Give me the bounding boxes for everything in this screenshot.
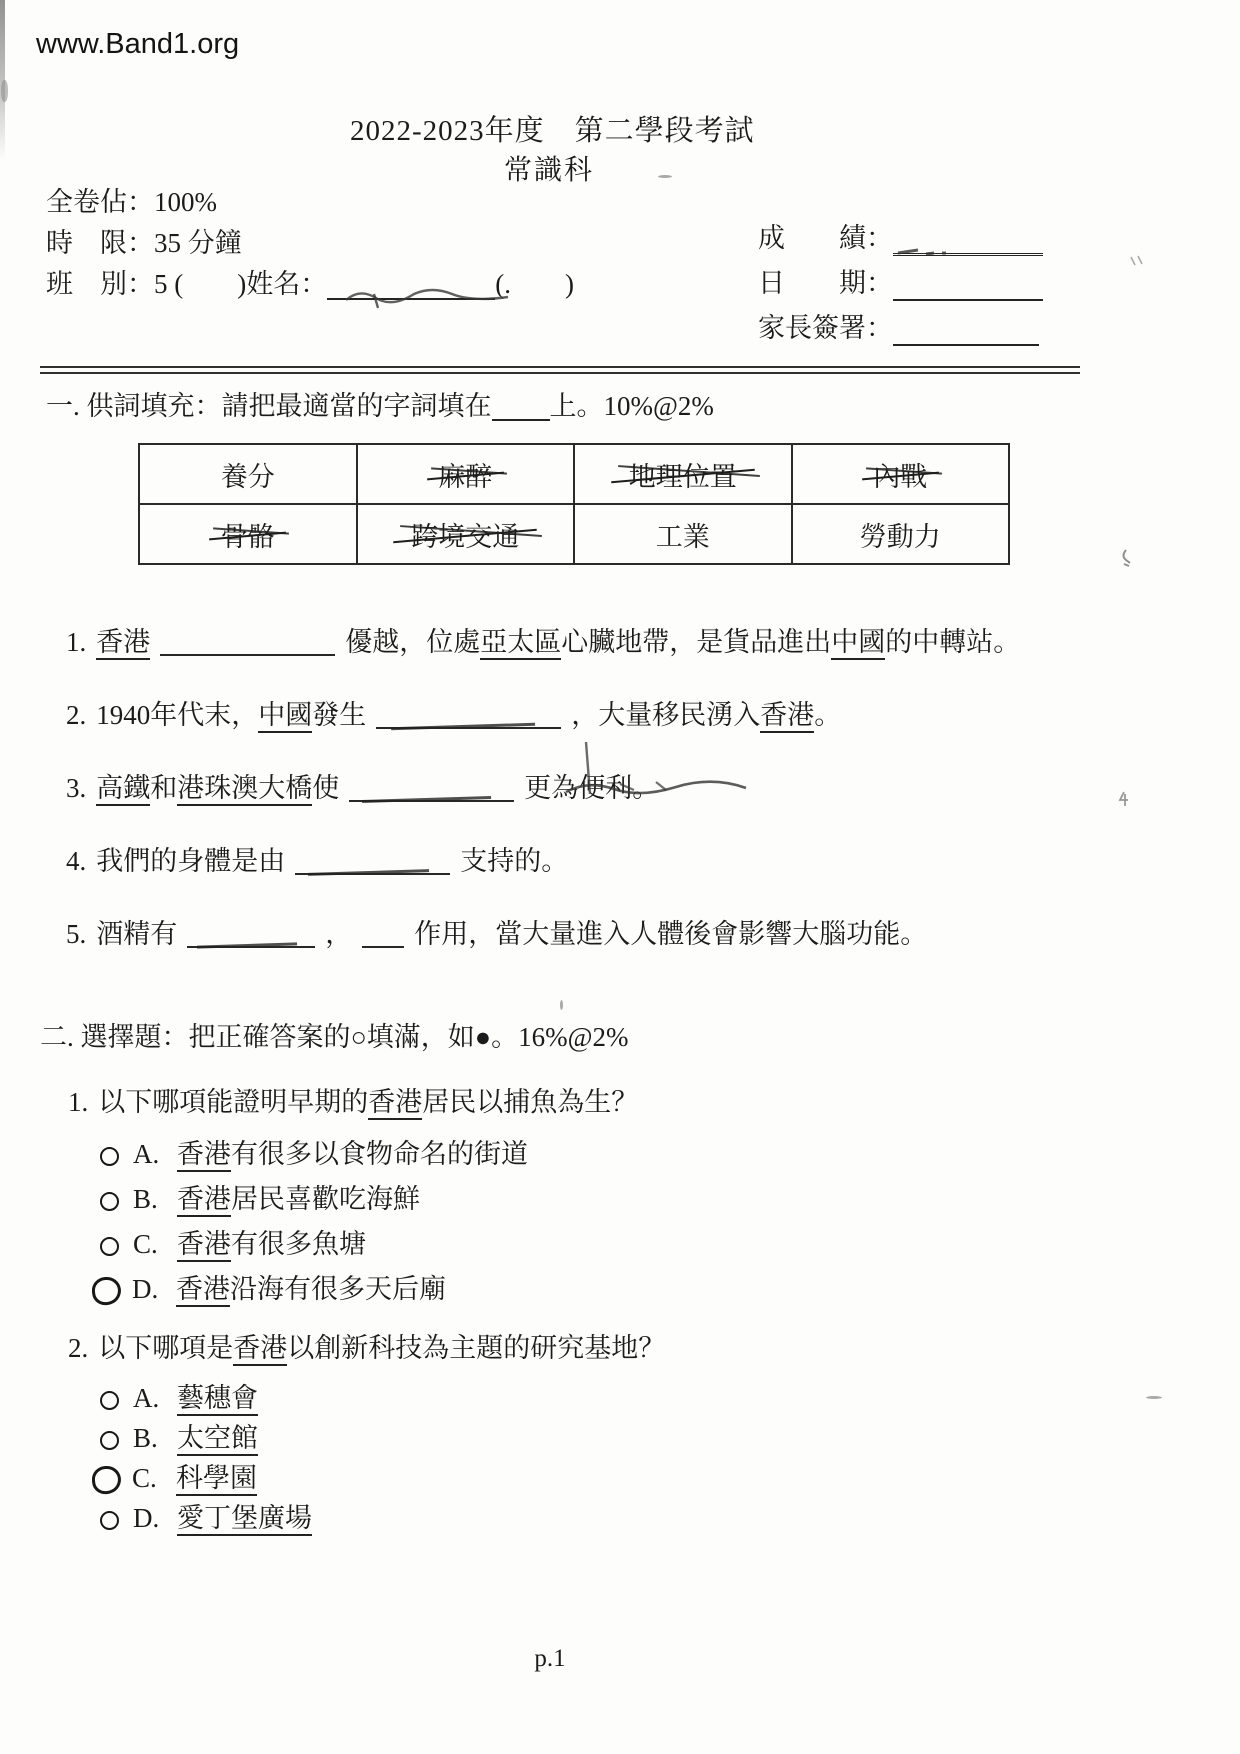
proper-noun: 科學園 xyxy=(176,1463,257,1496)
time-limit-line: 時 限：35 分鐘 xyxy=(46,223,574,264)
word-bank-word: 勞動力 xyxy=(856,515,945,554)
word-bank-cell: 麻醉 xyxy=(357,444,575,504)
mc-option: A.香港有很多以食物命名的街道 xyxy=(100,1132,1200,1177)
text-run: 以下哪項是 xyxy=(98,1333,233,1363)
word-bank-cell: 勞動力 xyxy=(792,504,1010,564)
option-letter: C. xyxy=(132,1458,176,1498)
proper-noun: 香港 xyxy=(177,1184,231,1217)
text-run: 作用，當大量進入人體後會影響大腦功能。 xyxy=(414,919,927,949)
mc-option: D.愛丁堡廣場 xyxy=(100,1498,1200,1538)
text-run: 心臟地帶，是貨品進出 xyxy=(561,627,831,657)
question-number: 1. xyxy=(68,1087,88,1117)
heading-blank xyxy=(492,392,550,421)
proper-noun: 香港 xyxy=(177,1139,231,1172)
proper-noun: 香港 xyxy=(368,1087,422,1120)
word-bank-word-struck: 跨境交通 xyxy=(407,515,523,554)
word-bank-row: 骨骼跨境交通工業勞動力 xyxy=(139,504,1009,564)
section1-heading: 一. 供詞填充：請把最適當的字詞填在上。10%@2% xyxy=(46,384,714,423)
question-number: 1. xyxy=(66,627,86,657)
word-bank-word: 工業 xyxy=(652,515,714,554)
score-blank xyxy=(893,226,1043,256)
score-line: 成 績： xyxy=(758,216,1043,261)
text-run: 有很多魚塘 xyxy=(231,1229,366,1259)
option-text: 科學園 xyxy=(176,1463,257,1496)
parent-sign-line: 家長簽署： xyxy=(758,306,1043,351)
question-number: 5. xyxy=(66,919,86,949)
proper-noun: 太空館 xyxy=(177,1423,258,1456)
text-run: 沿海有很多天后廟 xyxy=(230,1274,446,1304)
word-bank-word-struck: 內戰 xyxy=(869,455,931,494)
mc-question: 1.以下哪項能證明早期的香港居民以捕魚為生？A.香港有很多以食物命名的街道B.香… xyxy=(40,1082,1200,1312)
fill-in-questions: 1.香港優越，位處亞太區心臟地帶，是貨品進出中國的中轉站。2.1940年代末，中… xyxy=(66,620,1206,985)
name-paren: (. ) xyxy=(495,269,574,299)
proper-noun: 亞太區 xyxy=(480,627,561,660)
date-line: 日 期： xyxy=(758,261,1043,306)
text-run: 酒精有 xyxy=(96,919,177,949)
option-letter: D. xyxy=(132,1267,176,1312)
fill-in-question: 2.1940年代末，中國發生，大量移民湧入香港。 xyxy=(66,693,1206,737)
answer-blank xyxy=(362,919,404,948)
exam-info-right: 成 績： 日 期： 家長簽署： xyxy=(758,216,1043,351)
section2: 二. 選擇題：把正確答案的○填滿，如●。16%@2% 1.以下哪項能證明早期的香… xyxy=(40,1016,1200,1538)
proper-noun: 香港 xyxy=(176,1274,230,1307)
option-letter: B. xyxy=(133,1418,177,1458)
answer-circle-icon xyxy=(100,1237,119,1256)
word-bank-word: 養分 xyxy=(217,455,279,494)
mc-question: 2.以下哪項是香港以創新科技為主題的研究基地？A.藝穗會B.太空館C.科學園D.… xyxy=(40,1328,1200,1538)
word-bank-row: 養分麻醉地理位置內戰 xyxy=(139,444,1009,504)
section1-heading-suffix: 上。10%@2% xyxy=(550,391,714,421)
option-text: 香港有很多以食物命名的街道 xyxy=(177,1139,528,1172)
fill-in-question: 1.香港優越，位處亞太區心臟地帶，是貨品進出中國的中轉站。 xyxy=(66,620,1206,664)
name-blank xyxy=(327,271,495,300)
proper-noun: 香港 xyxy=(233,1333,287,1366)
answer-circle-icon xyxy=(100,1431,119,1450)
scan-edge-artifact xyxy=(0,0,5,160)
score-label: 成 績： xyxy=(758,223,893,253)
mc-question-stem: 1.以下哪項能證明早期的香港居民以捕魚為生？ xyxy=(68,1082,1200,1122)
date-label: 日 期： xyxy=(758,268,893,298)
text-run: ，大量移民湧入 xyxy=(571,700,760,730)
option-text: 香港沿海有很多天后廟 xyxy=(176,1274,446,1307)
scan-speck xyxy=(658,175,672,178)
text-run: 我們的身體是由 xyxy=(96,846,285,876)
answer-circle-icon xyxy=(100,1391,119,1410)
question-number: 4. xyxy=(66,846,86,876)
answer-blank xyxy=(295,846,450,875)
scan-speck-mark xyxy=(1118,548,1134,573)
word-bank-cell: 養分 xyxy=(139,444,357,504)
mc-options: A.藝穗會B.太空館C.科學園D.愛丁堡廣場 xyxy=(100,1378,1200,1538)
option-letter: A. xyxy=(133,1132,177,1177)
text-run: 和 xyxy=(150,773,177,803)
proper-noun: 香港 xyxy=(177,1229,231,1262)
exam-title: 2022-2023年度 第二學段考試 xyxy=(350,108,755,149)
option-letter: D. xyxy=(133,1498,177,1538)
exam-info-left: 全卷佔：100% 時 限：35 分鐘 班 別：5 ( )姓名：(. ) xyxy=(46,182,574,305)
answer-blank xyxy=(376,700,561,729)
word-bank-table: 養分麻醉地理位置內戰骨骼跨境交通工業勞動力 xyxy=(138,443,1010,565)
full-marks-line: 全卷佔：100% xyxy=(46,182,574,223)
mc-option: B.香港居民喜歡吃海鮮 xyxy=(100,1177,1200,1222)
text-run: ， xyxy=(325,919,352,949)
watermark-url: www.Band1.org xyxy=(36,28,239,61)
mc-option: A.藝穗會 xyxy=(100,1378,1200,1418)
answer-circle-icon xyxy=(100,1147,119,1166)
fill-in-question: 3.高鐵和港珠澳大橋使更為便利。 xyxy=(66,766,1206,810)
text-run: 以創新科技為主題的研究基地？ xyxy=(287,1333,665,1363)
word-bank-cell: 工業 xyxy=(574,504,792,564)
word-bank-cell: 跨境交通 xyxy=(357,504,575,564)
text-run: 支持的。 xyxy=(460,846,568,876)
proper-noun: 中國 xyxy=(831,627,885,660)
section-divider-rule xyxy=(40,366,1080,374)
mc-options: A.香港有很多以食物命名的街道B.香港居民喜歡吃海鮮C.香港有很多魚塘D.香港沿… xyxy=(100,1132,1200,1312)
answer-circle-marked-icon xyxy=(91,1276,123,1307)
fill-in-question: 5.酒精有，作用，當大量進入人體後會影響大腦功能。 xyxy=(66,912,1206,956)
class-name-label: 班 別：5 ( )姓名： xyxy=(46,269,327,299)
word-bank-word-struck: 麻醉 xyxy=(434,455,496,494)
page-number: p.1 xyxy=(0,1645,1100,1673)
multiple-choice-questions: 1.以下哪項能證明早期的香港居民以捕魚為生？A.香港有很多以食物命名的街道B.香… xyxy=(40,1082,1200,1538)
word-bank-cell: 內戰 xyxy=(792,444,1010,504)
option-text: 愛丁堡廣場 xyxy=(177,1503,312,1536)
parent-sign-label: 家長簽署： xyxy=(758,313,893,343)
proper-noun: 香港 xyxy=(760,700,814,733)
proper-noun: 藝穗會 xyxy=(177,1383,258,1416)
answer-circle-icon xyxy=(100,1192,119,1211)
option-text: 藝穗會 xyxy=(177,1383,258,1416)
proper-noun: 愛丁堡廣場 xyxy=(177,1503,312,1536)
proper-noun: 中國 xyxy=(258,700,312,733)
option-text: 香港居民喜歡吃海鮮 xyxy=(177,1184,420,1217)
mc-option: C.香港有很多魚塘 xyxy=(100,1222,1200,1267)
proper-noun: 港珠澳大橋 xyxy=(177,773,312,806)
scan-speck-mark xyxy=(1128,254,1144,273)
word-bank-cell: 骨骼 xyxy=(139,504,357,564)
word-bank-cell: 地理位置 xyxy=(574,444,792,504)
word-bank-word-struck: 地理位置 xyxy=(625,455,741,494)
fill-in-question: 4.我們的身體是由支持的。 xyxy=(66,839,1206,883)
text-run: 居民喜歡吃海鮮 xyxy=(231,1184,420,1214)
section2-heading: 二. 選擇題：把正確答案的○填滿，如●。16%@2% xyxy=(40,1016,1200,1058)
class-name-line: 班 別：5 ( )姓名：(. ) xyxy=(46,264,574,305)
option-text: 太空館 xyxy=(177,1423,258,1456)
mc-option: B.太空館 xyxy=(100,1418,1200,1458)
date-blank xyxy=(893,272,1043,301)
text-run: 更為便利。 xyxy=(524,773,659,803)
proper-noun: 高鐵 xyxy=(96,773,150,806)
text-run: 優越，位處 xyxy=(345,627,480,657)
text-run: 。 xyxy=(814,700,841,730)
proper-noun: 香港 xyxy=(96,627,150,660)
section1-heading-prefix: 一. 供詞填充：請把最適當的字詞填在 xyxy=(46,391,492,421)
text-run: 使 xyxy=(312,773,339,803)
text-run: 以下哪項能證明早期的 xyxy=(98,1087,368,1117)
option-letter: B. xyxy=(133,1177,177,1222)
text-run: 的中轉站。 xyxy=(885,627,1020,657)
question-number: 2. xyxy=(66,700,86,730)
mc-question-stem: 2.以下哪項是香港以創新科技為主題的研究基地？ xyxy=(68,1328,1200,1368)
mc-option: D.香港沿海有很多天后廟 xyxy=(100,1267,1200,1312)
option-text: 香港有很多魚塘 xyxy=(177,1229,366,1262)
text-run: 居民以捕魚為生？ xyxy=(422,1087,638,1117)
question-number: 3. xyxy=(66,773,86,803)
text-run: 有很多以食物命名的街道 xyxy=(231,1139,528,1169)
option-letter: A. xyxy=(133,1378,177,1418)
parent-sign-blank xyxy=(893,317,1039,346)
text-run: 1940年代末， xyxy=(96,700,258,730)
text-run: 發生 xyxy=(312,700,366,730)
answer-circle-icon xyxy=(100,1511,119,1530)
answer-blank xyxy=(187,919,315,948)
answer-circle-marked-icon xyxy=(91,1465,123,1496)
question-number: 2. xyxy=(68,1333,88,1363)
scan-edge-artifact xyxy=(1,80,8,102)
scan-speck xyxy=(560,1000,563,1010)
word-bank-word-struck: 骨骼 xyxy=(217,515,279,554)
answer-blank xyxy=(160,627,335,656)
mc-option: C.科學園 xyxy=(100,1458,1200,1498)
answer-blank xyxy=(349,773,514,802)
exam-paper-page: www.Band1.org 2022-2023年度 第二學段考試 常識科 全卷佔… xyxy=(0,0,1240,1754)
option-letter: C. xyxy=(133,1222,177,1267)
